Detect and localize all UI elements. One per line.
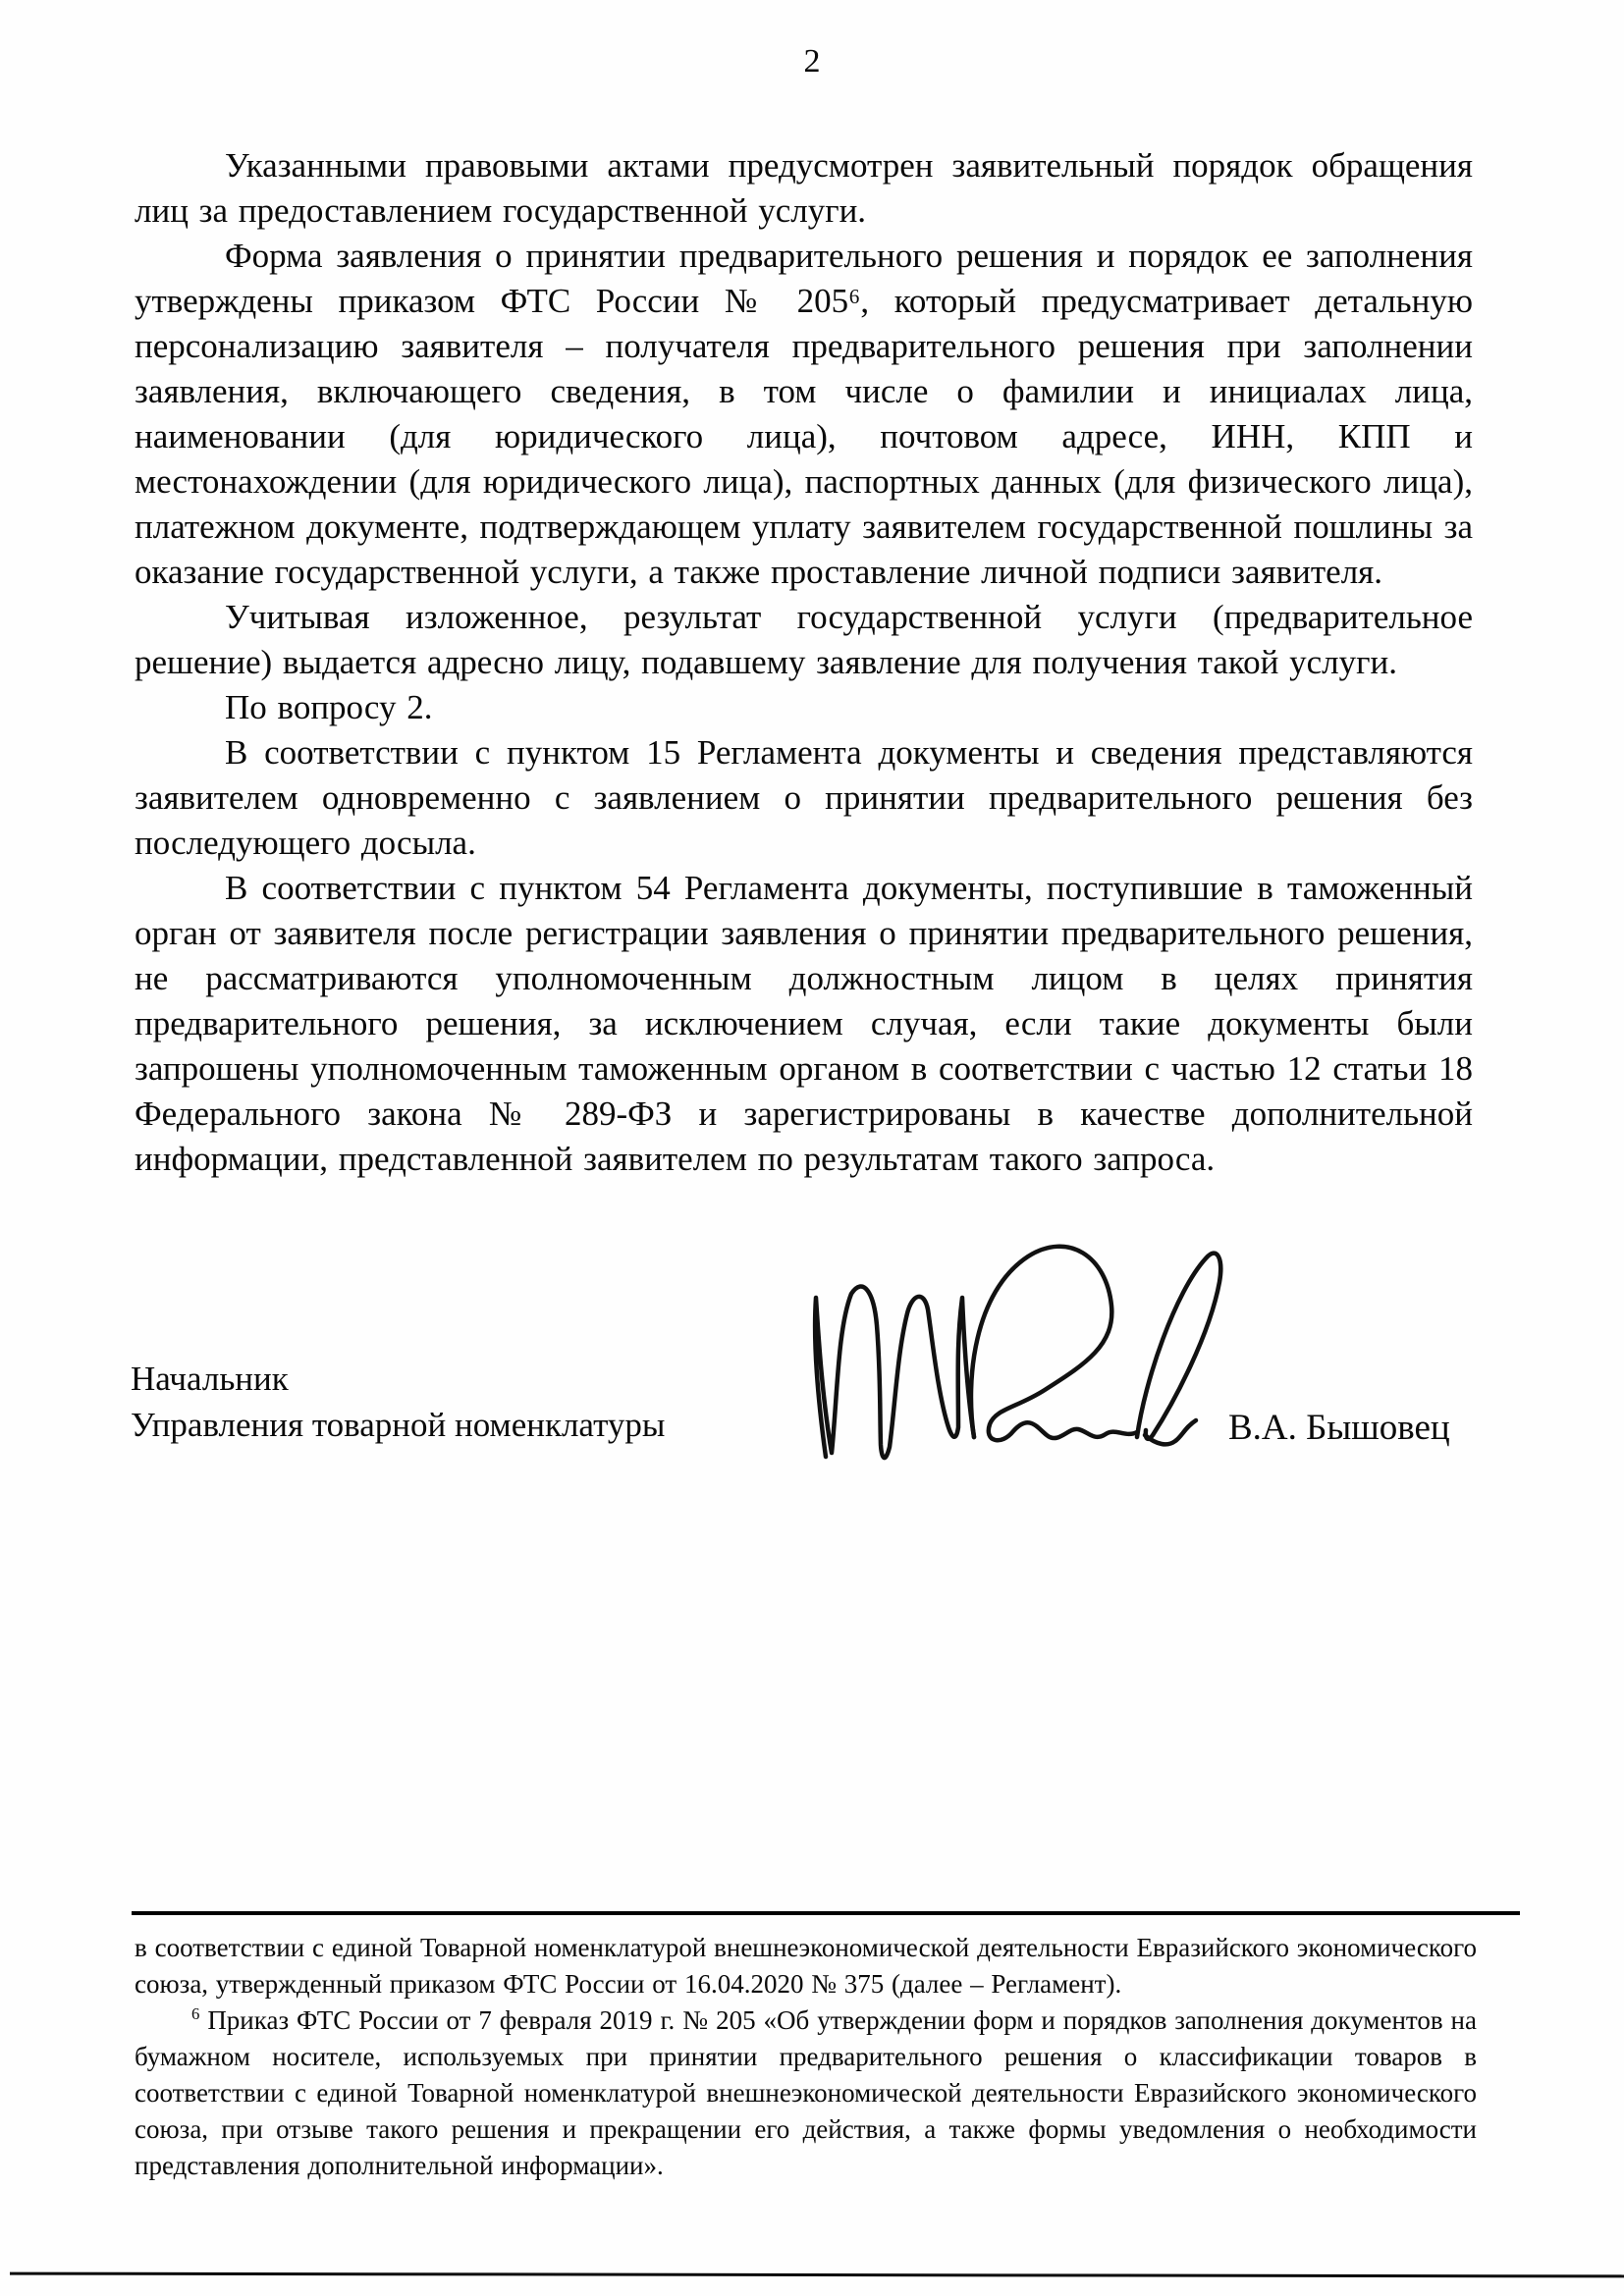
footnote-5-continuation: в соответствии с единой Товарной номенкл… [135, 1930, 1477, 2002]
paragraph-clause-15: В соответствии с пунктом 15 Регламента д… [135, 730, 1473, 866]
signer-name: В.А. Бышовец [1228, 1408, 1450, 1449]
paragraph-clause-54: В соответствии с пунктом 54 Регламента д… [135, 866, 1473, 1182]
footnote-6-text: Приказ ФТС России от 7 февраля 2019 г. №… [135, 2005, 1477, 2180]
footnote-6: 6 Приказ ФТС России от 7 февраля 2019 г.… [135, 2002, 1477, 2184]
handwritten-signature [781, 1235, 1232, 1475]
footnote-6-marker: 6 [191, 2004, 199, 2023]
footnotes-block: в соответствии с единой Товарной номенкл… [135, 1930, 1477, 2184]
signer-position-line1: Начальник [131, 1356, 665, 1402]
paragraph-question-2-heading: По вопросу 2. [135, 685, 1473, 730]
paragraph-legal-acts: Указанными правовыми актами предусмотрен… [135, 143, 1473, 234]
page-number: 2 [0, 43, 1624, 80]
document-body: Указанными правовыми актами предусмотрен… [135, 143, 1473, 1182]
signer-position-line2: Управления товарной номенклатуры [131, 1402, 665, 1448]
paragraph-conclusion: Учитывая изложенное, результат государст… [135, 595, 1473, 685]
footnote-separator-line [132, 1911, 1520, 1915]
scanned-document-page: 2 Указанными правовыми актами предусмотр… [0, 0, 1624, 2296]
paragraph-application-form: Форма заявления о принятии предварительн… [135, 234, 1473, 595]
signer-position: Начальник Управления товарной номенклату… [131, 1356, 665, 1448]
scan-edge-artifact [10, 2272, 1624, 2278]
